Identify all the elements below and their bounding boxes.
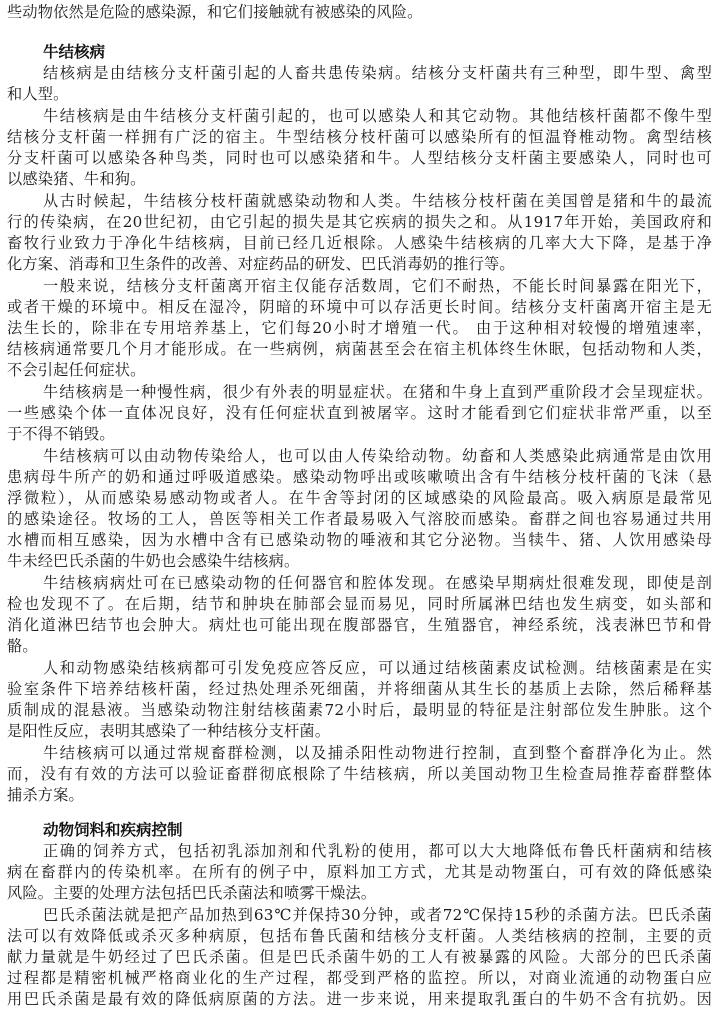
paragraph-line: 检也发现不了。在后期，结节和肿块在肺部会显而易见，同时所属淋巴结也发生病变，如头… bbox=[7, 594, 712, 615]
paragraph-line: 一般来说，结核分支杆菌离开宿主仅能存活数周，它们不耐热，不能长时间暴露在阳光下， bbox=[43, 276, 712, 297]
paragraph-line: 畜牧行业致力于净化牛结核病，目前已经几近根除。人感染牛结核病的几率大大下降，是基… bbox=[7, 233, 712, 254]
paragraph-line: 牛结核病可以由动物传染给人，也可以由人传染给动物。幼畜和人类感染此病通常是由饮用 bbox=[43, 446, 712, 467]
section-heading-feed-disease-control: 动物饲料和疾病控制 bbox=[43, 820, 183, 841]
paragraph-line: 于不得不销毁。 bbox=[7, 424, 712, 445]
paragraph-line: 和人型。 bbox=[7, 84, 712, 105]
paragraph-line: 或者干燥的环境中。相反在湿冷，阴暗的环境中可以存活更长时间。结核分支杆菌离开宿主… bbox=[7, 297, 712, 318]
paragraph-line: 病在畜群内的传染机率。在所有的例子中，原料加工方式，尤其是动物蛋白，可有效的降低… bbox=[7, 862, 712, 883]
paragraph-line: 结核病是由结核分支杆菌引起的人畜共患传染病。结核分支杆菌共有三种型，即牛型、禽型 bbox=[43, 63, 712, 84]
paragraph-line: 牛结核病是一种慢性病，很少有外表的明显症状。在猪和牛身上直到严重阶段才会呈现症状… bbox=[43, 382, 712, 403]
paragraph-line: 正确的饲养方式，包括初乳添加剂和代乳粉的使用，都可以大大地降低布鲁氏杆菌病和结核 bbox=[43, 841, 712, 862]
paragraph-line: 牛结核病是由牛结核分支杆菌引起的，也可以感染人和其它动物。其他结核杆菌都不像牛型 bbox=[43, 106, 712, 127]
paragraph-line: 从古时候起，牛结核分枝杆菌就感染动物和人类。牛结核分枝杆菌在美国曾是猪和牛的最流 bbox=[43, 191, 712, 212]
paragraph-line: 以感染猪、牛和狗。 bbox=[7, 169, 712, 190]
paragraph-line: 人和动物感染结核病都可引发免疫应答反应，可以通过结核菌素皮试检测。结核菌素是在实 bbox=[43, 658, 712, 679]
paragraph-line: 骼。 bbox=[7, 636, 712, 657]
paragraph-line: 法可以有效降低或杀灭多种病原，包括布鲁氏菌和结核分支杆菌。人类结核病的控制，主要… bbox=[7, 926, 712, 947]
paragraph-line: 分支杆菌可以感染各种鸟类，同时也可以感染猪和牛。人型结核分支杆菌主要感染人，同时… bbox=[7, 148, 712, 169]
paragraph-line: 而，没有有效的方法可以验证畜群彻底根除了牛结核病，所以美国动物卫生检查局推荐畜群… bbox=[7, 764, 712, 785]
paragraph-line: 验室条件下培养结核杆菌，经过热处理杀死细菌，并将细菌从其生长的基质上去除，然后稀… bbox=[7, 679, 712, 700]
paragraph-line: 牛结核病病灶可在已感染动物的任何器官和腔体发现。在感染早期病灶很难发现，即使是剖 bbox=[43, 573, 712, 594]
intro-tail-line: 些动物依然是危险的感染源，和它们接触就有被感染的风险。 bbox=[7, 2, 712, 23]
document-page: 些动物依然是危险的感染源，和它们接触就有被感染的风险。 牛结核病 结核病是由结核… bbox=[0, 0, 719, 1024]
paragraph-line: 结核病通常要几个月才能形成。在一些病例，病菌甚至会在宿主机体终生休眠，包括动物和… bbox=[7, 339, 712, 360]
paragraph-line: 风险。主要的处理方法包括巴氏杀菌法和喷雾干燥法。 bbox=[7, 883, 712, 904]
paragraph-line: 是阳性反应，表明其感染了一种结核分支杆菌。 bbox=[7, 721, 712, 742]
paragraph-line: 化方案、消毒和卫生条件的改善、对症药品的研发、巴氏消毒奶的推行等。 bbox=[7, 254, 712, 275]
paragraph-line: 用巴氏杀菌是最有效的降低病原菌的方法。进一步来说，用来提取乳蛋白的牛奶不含有抗奶… bbox=[7, 989, 712, 1010]
section-heading-bovine-tb: 牛结核病 bbox=[43, 42, 105, 63]
paragraph-line: 的感染途径。牧场的工人，兽医等相关工作者最易吸入气溶胶而感染。畜群之间也容易通过… bbox=[7, 509, 712, 530]
paragraph-line: 法生长的，除非在专用培养基上，它们每20小时才增殖一代。 由于这种相对较慢的增殖… bbox=[7, 318, 712, 339]
paragraph-line: 结核分支杆菌一样拥有广泛的宿主。牛型结核分枝杆菌可以感染所有的恒温脊椎动物。禽型… bbox=[7, 127, 712, 148]
paragraph-line: 牛结核病可以通过常规畜群检测，以及捕杀阳性动物进行控制，直到整个畜群净化为止。然 bbox=[43, 743, 712, 764]
paragraph-line: 巴氏杀菌法就是把产品加热到63℃并保持30分钟，或者72℃保持15秒的杀菌方法。… bbox=[43, 905, 712, 926]
paragraph-line: 一些感染个体一直体况良好，没有任何症状直到被屠宰。这时才能看到它们症状非常严重，… bbox=[7, 403, 712, 424]
paragraph-line: 水槽而相互感染，因为水槽中含有已感染动物的唾液和其它分泌物。当犊牛、猪、人饮用感… bbox=[7, 530, 712, 551]
paragraph-line: 捕杀方案。 bbox=[7, 785, 712, 806]
paragraph-line: 消化道淋巴结节也会肿大。病灶也可能出现在腹部器官，生殖器官，神经系统，浅表淋巴节… bbox=[7, 615, 712, 636]
paragraph-line: 质制成的混悬液。当感染动物注射结核菌素72小时后，最明显的特征是注射部位发生肿胀… bbox=[7, 700, 712, 721]
paragraph-line: 牛未经巴氏杀菌的牛奶也会感染牛结核病。 bbox=[7, 551, 712, 572]
paragraph-line: 行的传染病，在20世纪初，由它引起的损失是其它疾病的损失之和。从1917年开始，… bbox=[7, 212, 712, 233]
paragraph-line: 浮微粒），从而感染易感动物或者人。在牛舍等封闭的区域感染的风险最高。吸入病原是最… bbox=[7, 488, 712, 509]
paragraph-line: 献力量就是牛奶经过了巴氏杀菌。但是巴氏杀菌牛奶的工人有被暴露的风险。大部分的巴氏… bbox=[7, 947, 712, 968]
paragraph-line: 过程都是精密机械严格商业化的生产过程，都受到严格的监控。所以，对商业流通的动物蛋… bbox=[7, 968, 712, 989]
paragraph-line: 不会引起任何症状。 bbox=[7, 360, 712, 381]
paragraph-line: 患病母牛所产的奶和通过呼吸道感染。感染动物呼出或咳嗽喷出含有牛结核分枝杆菌的飞沫… bbox=[7, 467, 712, 488]
